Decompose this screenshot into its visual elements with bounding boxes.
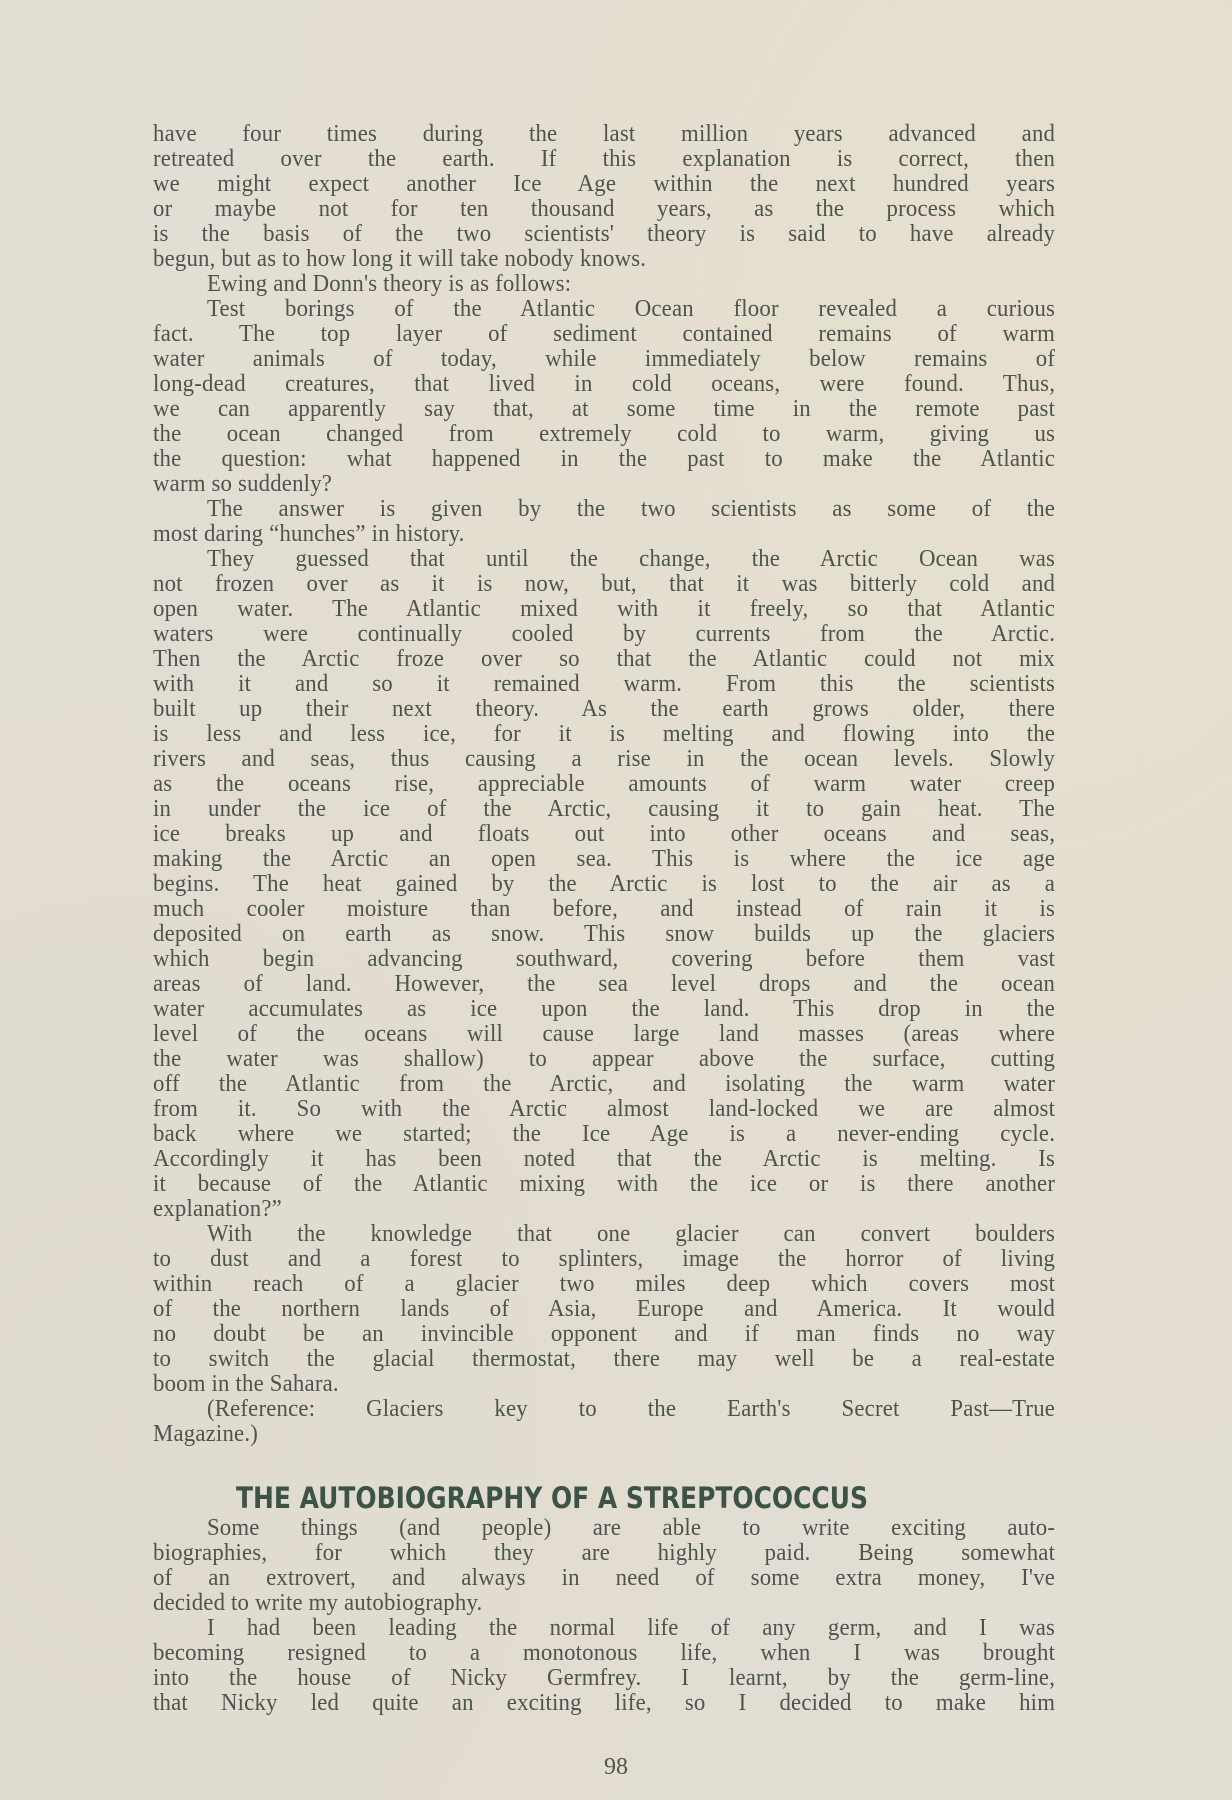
text-line: making the Arctic an open sea. This is w… [153,846,1055,871]
text-line: areas of land. However, the sea level dr… [153,971,1055,996]
text-line: level of the oceans will cause large lan… [153,1021,1055,1046]
text-line: deposited on earth as snow. This snow bu… [153,921,1055,946]
text-line: back where we started; the Ice Age is a … [153,1121,1055,1146]
text-line: With the knowledge that one glacier can … [153,1221,1055,1246]
text-line: or maybe not for ten thousand years, as … [153,196,1055,221]
text-line: to dust and a forest to splinters, image… [153,1246,1055,1271]
text-line: from it. So with the Arctic almost land-… [153,1096,1055,1121]
text-line: into the house of Nicky Germfrey. I lear… [153,1665,1055,1690]
text-line: have four times during the last million … [153,121,1055,146]
text-line: Some things (and people) are able to wri… [153,1515,1055,1540]
text-line: decided to write my autobiography. [153,1590,1055,1615]
text-line: explanation?” [153,1196,1055,1221]
page-number: 98 [0,1754,1232,1781]
text-line: we might expect another Ice Age within t… [153,171,1055,196]
text-line: built up their next theory. As the earth… [153,696,1055,721]
magazine-page: have four times during the last million … [0,0,1232,1800]
text-line: I had been leading the normal life of an… [153,1615,1055,1640]
text-line: waters were continually cooled by curren… [153,621,1055,646]
text-line: no doubt be an invincible opponent and i… [153,1321,1055,1346]
text-line: The answer is given by the two scientist… [153,496,1055,521]
text-line: water animals of today, while immediatel… [153,346,1055,371]
ice-age-article-body: have four times during the last million … [153,121,1055,1446]
streptococcus-article-body: Some things (and people) are able to wri… [153,1515,1055,1715]
text-line: of the northern lands of Asia, Europe an… [153,1296,1055,1321]
text-line: open water. The Atlantic mixed with it f… [153,596,1055,621]
text-line: ice breaks up and floats out into other … [153,821,1055,846]
text-line: within reach of a glacier two miles deep… [153,1271,1055,1296]
text-line: we can apparently say that, at some time… [153,396,1055,421]
text-line: Magazine.) [153,1421,1055,1446]
text-line: begins. The heat gained by the Arctic is… [153,871,1055,896]
article-heading: THE AUTOBIOGRAPHY OF A STREPTOCOCCUS [236,1481,890,1515]
text-line: fact. The top layer of sediment containe… [153,321,1055,346]
text-line: (Reference: Glaciers key to the Earth's … [153,1396,1055,1421]
text-line: off the Atlantic from the Arctic, and is… [153,1071,1055,1096]
text-line: as the oceans rise, appreciable amounts … [153,771,1055,796]
text-line: becoming resigned to a monotonous life, … [153,1640,1055,1665]
text-line: warm so suddenly? [153,471,1055,496]
text-line: Test borings of the Atlantic Ocean floor… [153,296,1055,321]
text-line: with it and so it remained warm. From th… [153,671,1055,696]
text-line: of an extrovert, and always in need of s… [153,1565,1055,1590]
text-line: much cooler moisture than before, and in… [153,896,1055,921]
text-line: that Nicky led quite an exciting life, s… [153,1690,1055,1715]
text-line: the question: what happened in the past … [153,446,1055,471]
text-line: most daring “hunches” in history. [153,521,1055,546]
text-line: biographies, for which they are highly p… [153,1540,1055,1565]
text-line: it because of the Atlantic mixing with t… [153,1171,1055,1196]
text-line: Ewing and Donn's theory is as follows: [153,271,1055,296]
text-line: in under the ice of the Arctic, causing … [153,796,1055,821]
text-line: Then the Arctic froze over so that the A… [153,646,1055,671]
text-line: is the basis of the two scientists' theo… [153,221,1055,246]
text-line: water accumulates as ice upon the land. … [153,996,1055,1021]
text-line: not frozen over as it is now, but, that … [153,571,1055,596]
text-line: They guessed that until the change, the … [153,546,1055,571]
text-line: rivers and seas, thus causing a rise in … [153,746,1055,771]
text-line: begun, but as to how long it will take n… [153,246,1055,271]
text-line: long-dead creatures, that lived in cold … [153,371,1055,396]
text-line: Accordingly it has been noted that the A… [153,1146,1055,1171]
text-line: retreated over the earth. If this explan… [153,146,1055,171]
text-line: boom in the Sahara. [153,1371,1055,1396]
text-line: the ocean changed from extremely cold to… [153,421,1055,446]
text-line: the water was shallow) to appear above t… [153,1046,1055,1071]
text-line: is less and less ice, for it is melting … [153,721,1055,746]
text-line: to switch the glacial thermostat, there … [153,1346,1055,1371]
text-line: which begin advancing southward, coverin… [153,946,1055,971]
